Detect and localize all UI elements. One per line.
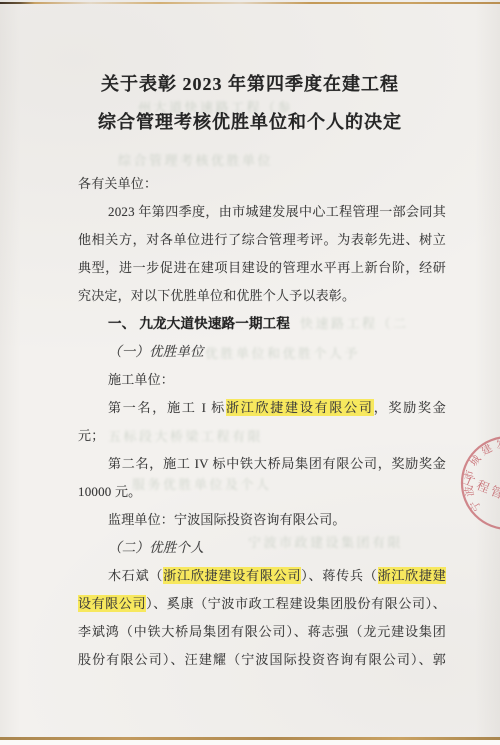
doc-line: 他相关方，对各单位进行了综合管理考评。为表彰先进、树立 — [78, 226, 446, 254]
text-segment: 典型，进一步促进在建项目建设的管理水平再上新台阶，经研 — [78, 260, 446, 275]
text-segment: 木石斌（ — [108, 568, 163, 583]
text-segment: （一）优胜单位 — [108, 344, 204, 359]
text-segment: 李斌鸿（中铁大桥局集团有限公司）、蒋志强（龙元建设集团 — [78, 624, 446, 639]
text-segment: ）、奚康（宁波市政工程建设集团股份有限公司）、 — [146, 596, 446, 611]
text-segment: 第一名，施工 I 标 — [108, 400, 226, 415]
scan-below-paper — [0, 740, 500, 745]
doc-line: 元； — [78, 422, 446, 450]
text-segment: 股份有限公司）、汪建耀（宁波国际投资咨询有限公司）、郭 — [78, 652, 446, 667]
doc-line: （二）优胜个人 — [78, 534, 446, 562]
doc-line: 2023 年第四季度，由市城建发展中心工程管理一部会同其 — [78, 198, 446, 226]
highlighted-text: 设有限公司 — [78, 596, 146, 611]
document-title-line2: 综合管理考核优胜单位和个人的决定 — [0, 108, 500, 134]
doc-line: 各有关单位： — [78, 170, 446, 198]
doc-line: 第一名，施工 I 标浙江欣捷建设有限公司，奖励奖金 15000 — [78, 394, 446, 422]
doc-line: 股份有限公司）、汪建耀（宁波国际投资咨询有限公司）、郭 — [78, 646, 446, 674]
text-segment: 究决定，对以下优胜单位和优胜个人予以表彰。 — [78, 288, 355, 303]
doc-line: 李斌鸿（中铁大桥局集团有限公司）、蒋志强（龙元建设集团 — [78, 618, 446, 646]
bleed-through-text: 综合管理考核优胜单位 — [118, 150, 273, 169]
text-segment: ）、蒋传兵（ — [301, 568, 377, 583]
text-segment: 施工单位： — [108, 372, 174, 387]
doc-line: 设有限公司）、奚康（宁波市政工程建设集团股份有限公司）、 — [78, 590, 446, 618]
scan-top-edge — [0, 2, 500, 4]
text-segment: 10000 元。 — [78, 484, 141, 499]
doc-line: 一、 九龙大道快速路一期工程 — [78, 310, 446, 338]
highlighted-text: 浙江欣捷建设有限公司 — [226, 400, 374, 415]
text-segment: 第二名，施工 IV 标中铁大桥局集团有限公司，奖励奖金 — [108, 456, 446, 471]
text-segment: （二）优胜个人 — [108, 540, 204, 555]
doc-line: （一）优胜单位 — [78, 338, 446, 366]
text-segment: 2023 年第四季度，由市城建发展中心工程管理一部会同其 — [108, 204, 446, 219]
text-segment: 元； — [78, 428, 104, 443]
document-body: 各有关单位：2023 年第四季度，由市城建发展中心工程管理一部会同其他相关方，对… — [78, 170, 446, 674]
doc-line: 10000 元。 — [78, 478, 446, 506]
highlighted-text: 浙江欣捷建 — [378, 568, 446, 583]
doc-line: 施工单位： — [78, 366, 446, 394]
doc-line: 典型，进一步促进在建项目建设的管理水平再上新台阶，经研 — [78, 254, 446, 282]
official-red-seal: 宁波市城建发展中心 工程管理 — [448, 423, 500, 543]
scanned-document-page: 州大道快速路工程（参综合管理考核优胜单位快速路工程（二优胜单位和优胜个人予五标段… — [0, 0, 500, 745]
highlighted-text: 浙江欣捷建设有限公司 — [163, 568, 301, 583]
doc-line: 监理单位：宁波国际投资咨询有限公司。 — [78, 506, 446, 534]
text-segment: 监理单位：宁波国际投资咨询有限公司。 — [108, 512, 346, 527]
text-segment: 他相关方，对各单位进行了综合管理考评。为表彰先进、树立 — [78, 232, 446, 247]
doc-line: 第二名，施工 IV 标中铁大桥局集团有限公司，奖励奖金 — [78, 450, 446, 478]
document-title-line1: 关于表彰 2023 年第四季度在建工程 — [0, 70, 500, 96]
text-segment: 各有关单位： — [78, 176, 157, 191]
doc-line: 木石斌（浙江欣捷建设有限公司）、蒋传兵（浙江欣捷建 — [78, 562, 446, 590]
text-segment: 一、 九龙大道快速路一期工程 — [108, 316, 290, 331]
doc-line: 究决定，对以下优胜单位和优胜个人予以表彰。 — [78, 282, 446, 310]
